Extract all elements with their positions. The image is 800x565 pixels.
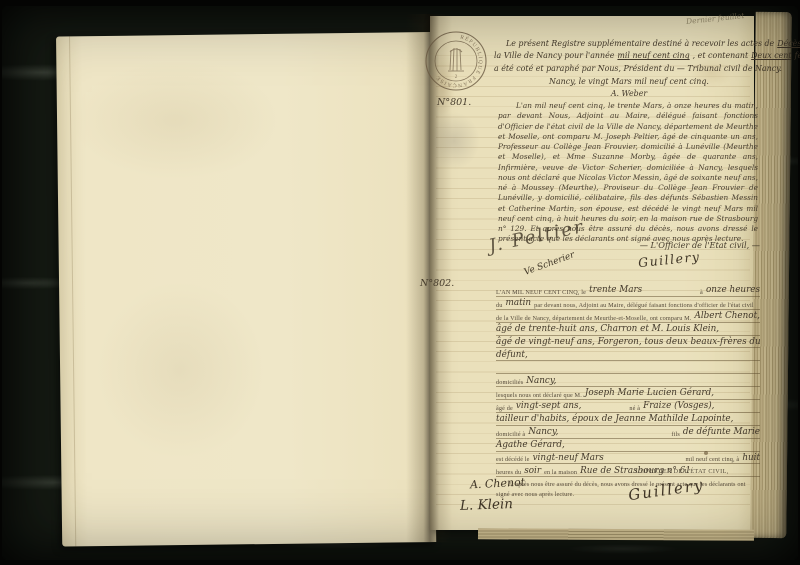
text-line: est décédé levingt-neuf Marsmil neuf cen… xyxy=(496,452,760,465)
text-line: Le présent Registre supplémentaire desti… xyxy=(494,36,764,49)
pencil-annotation: Dernier feuillet xyxy=(686,11,745,26)
page-content: RÉPUBLIQUE FRANÇAISE 2 Dernier feuillet … xyxy=(0,0,800,565)
text-segment: âgé de trente-huit ans, Charron et M. Lo… xyxy=(496,325,719,335)
text-segment: , et contenant xyxy=(693,52,749,61)
text-segment: L'AN MIL NEUF CENT CINQ, le xyxy=(496,289,586,296)
text-line: L'AN MIL NEUF CENT CINQ, letrente Marsào… xyxy=(496,284,760,297)
text-segment: de défunte Marie xyxy=(683,428,760,438)
text-segment: trente Mars xyxy=(589,286,642,296)
register-certification-text: Le présent Registre supplémentaire desti… xyxy=(494,36,764,99)
act-802-form: L'AN MIL NEUF CENT CINQ, letrente Marsào… xyxy=(496,284,760,498)
text-segment: Fraize (Vosges), xyxy=(643,402,714,412)
text-segment: Nancy, le vingt Mars mil neuf cent cinq. xyxy=(549,78,709,87)
text-line: domicilié àNancy,filsde défunte Marie xyxy=(496,426,760,439)
act-801-body: L'an mil neuf cent cinq, le trente Mars,… xyxy=(498,101,758,245)
text-line xyxy=(496,361,760,374)
text-segment: la Ville de Nancy pour l'année xyxy=(494,52,614,61)
text-segment: Nancy, xyxy=(528,428,558,438)
text-segment: fils xyxy=(671,431,680,438)
text-line: Nancy, le vingt Mars mil neuf cent cinq. xyxy=(494,74,764,87)
text-line: A. Weber xyxy=(494,86,764,99)
text-segment: a été coté et paraphé par Nous, Présiden… xyxy=(494,65,782,74)
text-segment: âgé de vingt-neuf ans, Forgeron, tous de… xyxy=(496,338,761,348)
text-line: dumatinpar devant nous, Adjoint au Maire… xyxy=(496,297,760,310)
text-segment: Nancy, xyxy=(526,377,556,387)
signature-declarant-2-act801: Ve Scherier xyxy=(523,250,576,278)
text-segment: âgé de xyxy=(496,405,513,412)
text-line: âgé de trente-huit ans, Charron et M. Lo… xyxy=(496,323,760,336)
text-segment: Le présent Registre supplémentaire desti… xyxy=(506,40,774,49)
text-line: âgé de vingt-neuf ans, Forgeron, tous de… xyxy=(496,336,760,349)
text-line: de la Ville de Nancy, département de Meu… xyxy=(496,310,760,323)
act-802-officer-label: L'OFFICIER DE L'ÉTAT CIVIL, xyxy=(607,468,757,475)
text-segment: Agathe Gérard, xyxy=(496,441,565,451)
text-segment: onze heures xyxy=(706,286,760,296)
text-segment: à xyxy=(700,289,703,296)
text-segment: en la maison xyxy=(544,469,577,476)
text-line: domiciliésNancy, xyxy=(496,374,760,387)
text-line: a été coté et paraphé par Nous, Présiden… xyxy=(494,61,764,74)
text-segment: défunt, xyxy=(496,351,528,361)
text-segment: Deux cent xyxy=(751,52,791,61)
text-line: Agathe Gérard, xyxy=(496,439,760,452)
act-801-officer-line: — L'Officier de l'Etat civil, — xyxy=(585,240,760,250)
text-line: tailleur d'habits, époux de Jeanne Mathi… xyxy=(496,413,760,426)
text-segment: lesquels nous ont déclaré que M. xyxy=(496,392,582,399)
republique-francaise-stamp-icon: RÉPUBLIQUE FRANÇAISE 2 xyxy=(424,30,488,92)
text-segment: huit xyxy=(742,454,760,464)
text-segment: Albert Chenot, xyxy=(695,312,760,322)
text-segment: par devant nous, Adjoint au Maire, délég… xyxy=(534,302,754,309)
text-segment: né à xyxy=(629,405,640,412)
act-number-801: N°801. xyxy=(437,97,471,108)
act-number-802: N°802. xyxy=(420,278,454,289)
text-segment: est décédé le xyxy=(496,456,530,463)
text-segment: feuillets, xyxy=(795,52,800,61)
text-line: défunt, xyxy=(496,348,760,361)
text-segment: domiciliés xyxy=(496,379,523,386)
text-segment: vingt-neuf Mars xyxy=(533,454,604,464)
text-segment: tailleur d'habits, époux de Jeanne Mathi… xyxy=(496,415,733,425)
text-segment: domicilié à xyxy=(496,431,525,438)
text-segment: A. Weber xyxy=(611,90,647,99)
text-segment: Décès xyxy=(777,40,800,49)
text-line: âgé devingt-sept ans,né àFraize (Vosges)… xyxy=(496,400,760,413)
stamp-legend: RÉPUBLIQUE FRANÇAISE xyxy=(435,34,483,88)
text-segment: de la Ville de Nancy, département de Meu… xyxy=(496,315,692,322)
signature-officer-act801: Guillery xyxy=(637,249,701,270)
text-segment: matin xyxy=(506,299,532,309)
svg-text:RÉPUBLIQUE FRANÇAISE: RÉPUBLIQUE FRANÇAISE xyxy=(435,34,483,88)
stamp-number: 2 xyxy=(455,75,458,80)
photographed-register-scan: RÉPUBLIQUE FRANÇAISE 2 Dernier feuillet … xyxy=(0,0,800,565)
text-segment: mil neuf cent cinq xyxy=(617,52,689,61)
text-line: la Ville de Nancy pour l'année mil neuf … xyxy=(494,49,764,62)
text-segment: du xyxy=(496,302,503,309)
text-segment: Joseph Marie Lucien Gérard, xyxy=(585,389,714,399)
text-segment: vingt-sept ans, xyxy=(516,402,582,412)
text-line: lesquels nous ont déclaré que M.Joseph M… xyxy=(496,387,760,400)
text-segment: soir xyxy=(524,467,541,477)
signature-declarant-2-act802: L. Klein xyxy=(460,496,513,514)
text-segment: mil neuf cent cinq, à xyxy=(685,456,739,463)
